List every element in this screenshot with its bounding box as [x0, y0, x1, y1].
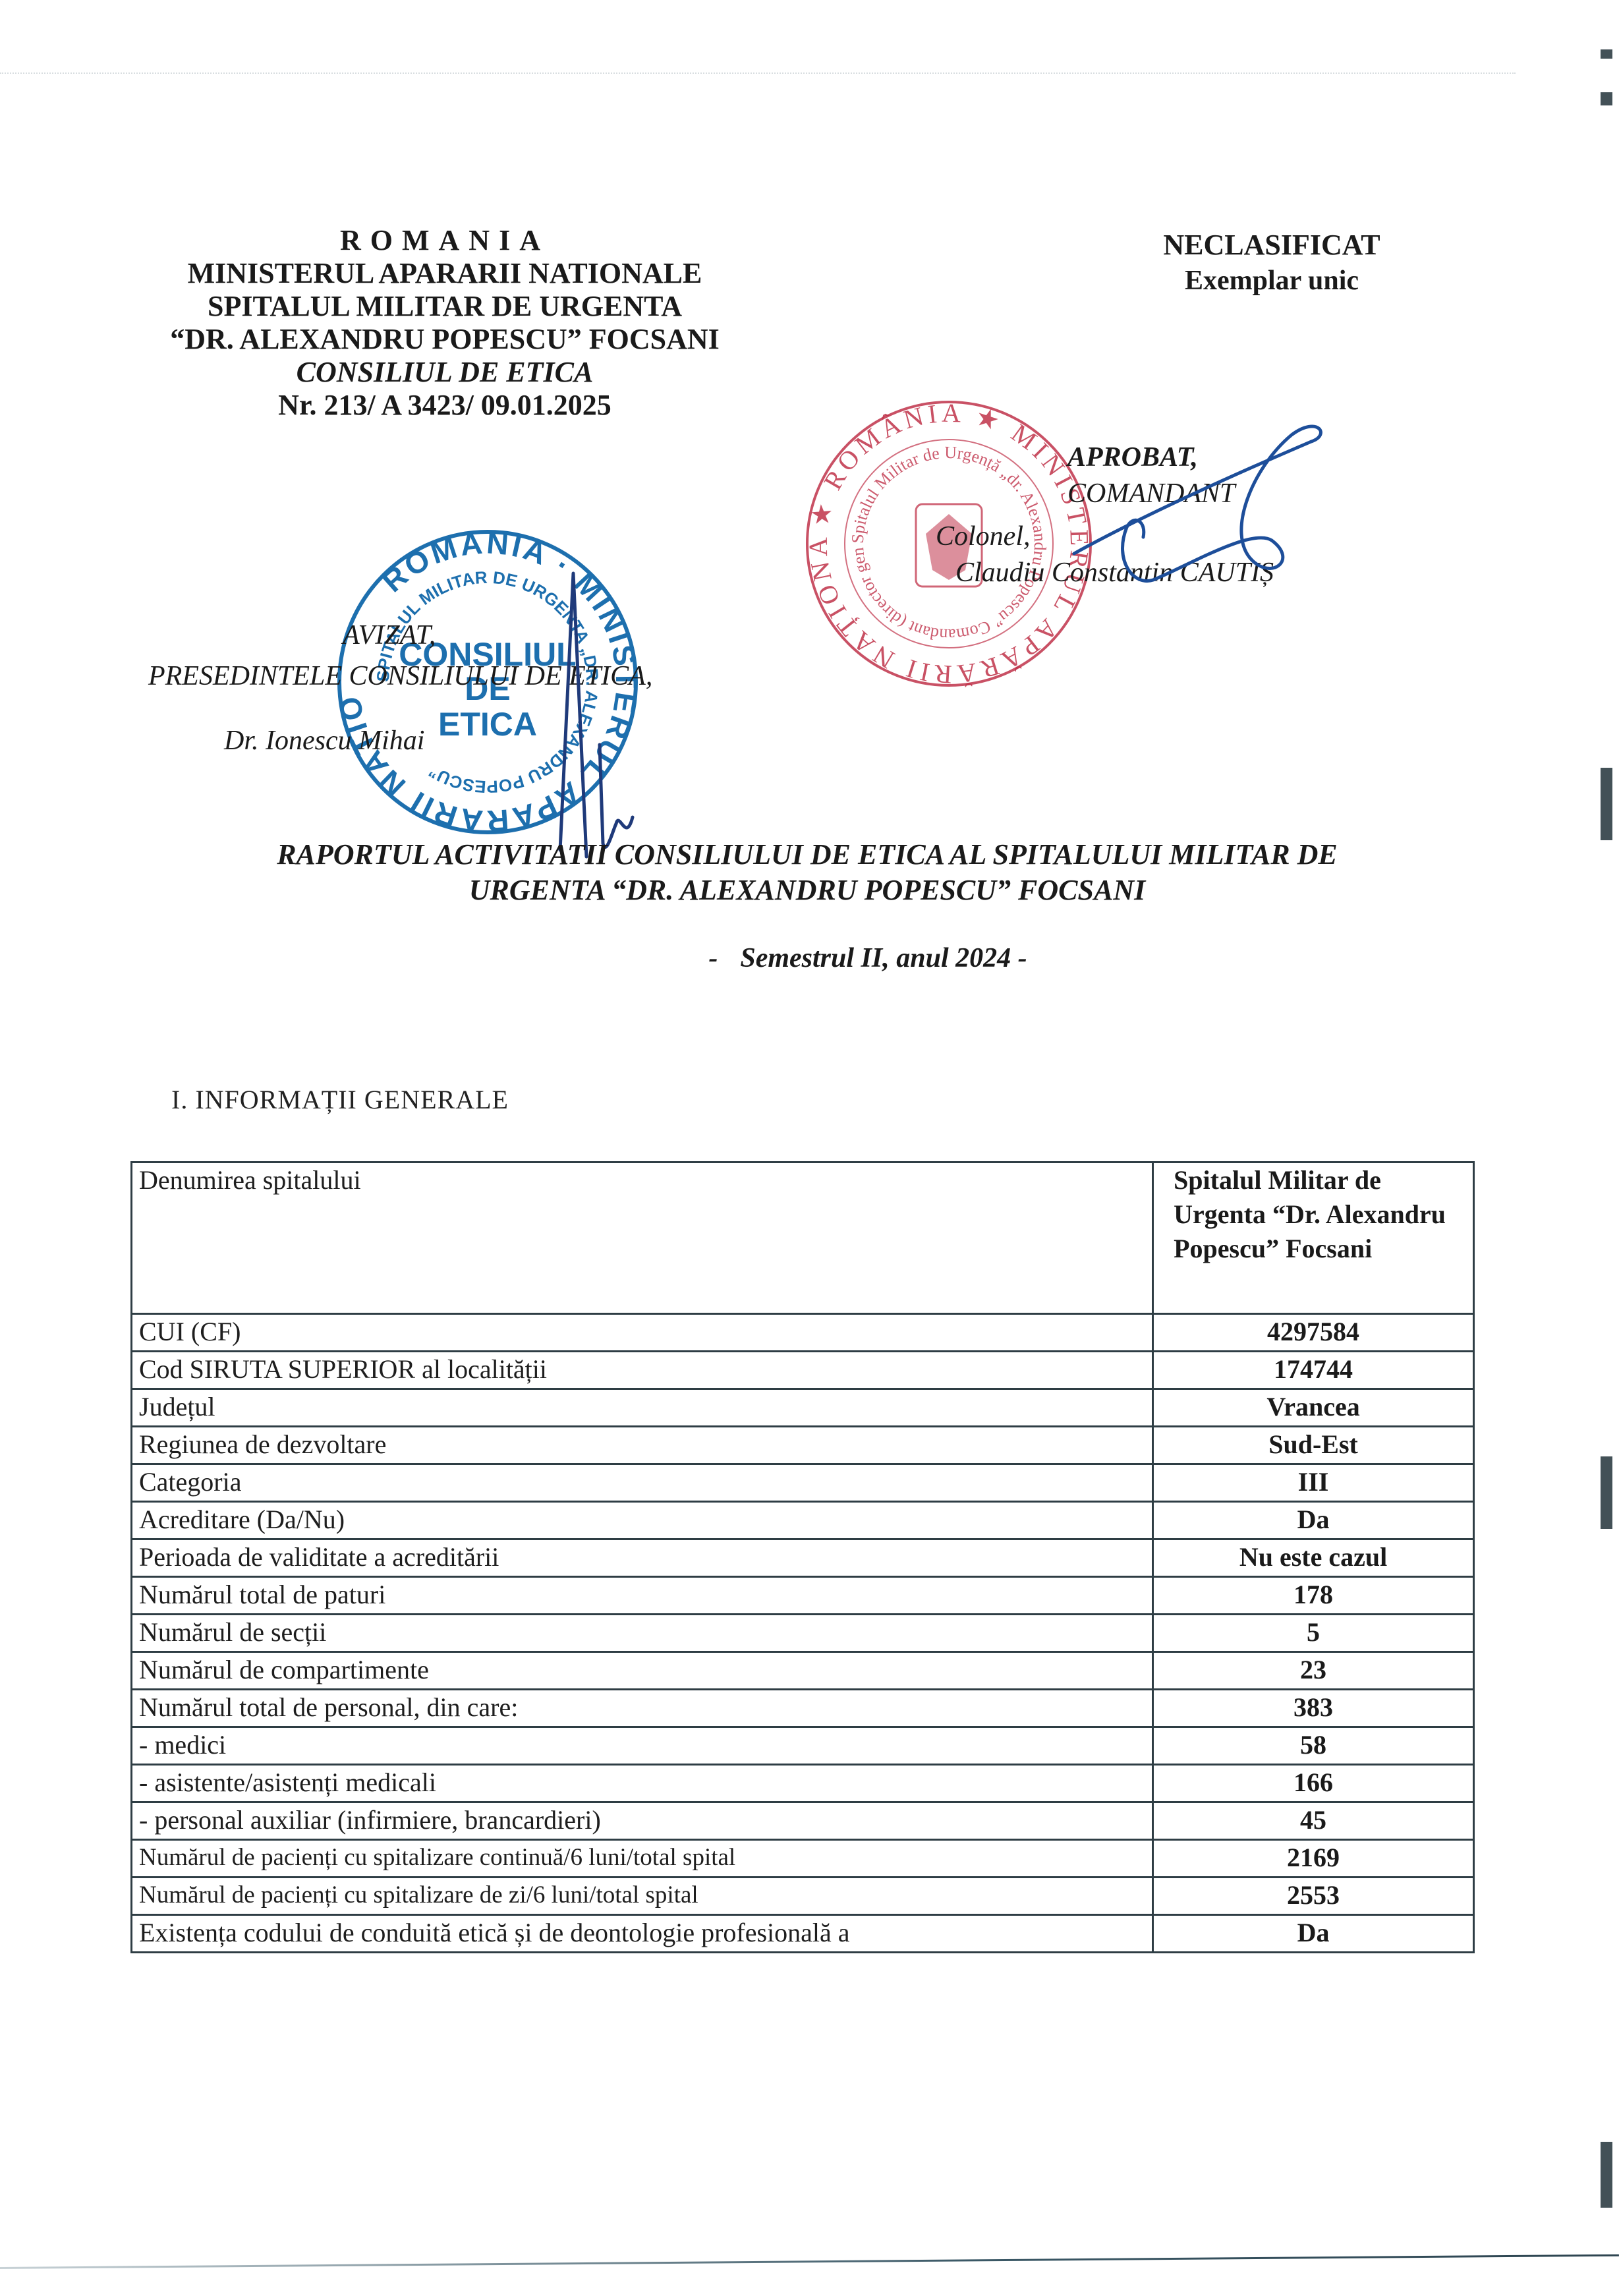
table-row: - personal auxiliar (infirmiere, brancar… [132, 1802, 1474, 1840]
row-label: Categoria [132, 1464, 1153, 1502]
table-row: Numărul de compartimente 23 [132, 1652, 1474, 1690]
endorsement-role: PRESEDINTELE CONSILIULUI DE ETICA, [148, 660, 652, 692]
row-value: III [1153, 1464, 1474, 1502]
row-value: 174744 [1153, 1352, 1474, 1389]
row-label: - medici [132, 1727, 1153, 1765]
classification-block: NECLASIFICAT Exemplar unic [1140, 227, 1404, 299]
row-label: Cod SIRUTA SUPERIOR al localității [132, 1352, 1153, 1389]
row-label: Numărul total de paturi [132, 1577, 1153, 1615]
table-row: Acreditare (Da/Nu) Da [132, 1502, 1474, 1539]
report-title: RAPORTUL ACTIVITATII CONSILIULUI DE ETIC… [198, 837, 1417, 908]
classification-level: NECLASIFICAT [1140, 227, 1404, 263]
row-label: - personal auxiliar (infirmiere, brancar… [132, 1802, 1153, 1840]
row-value: 166 [1153, 1765, 1474, 1802]
row-label: Acreditare (Da/Nu) [132, 1502, 1153, 1539]
table-row: CUI (CF) 4297584 [132, 1314, 1474, 1352]
header-institution-line1: SPITALUL MILITAR DE URGENTA [132, 290, 758, 323]
row-value: 2553 [1153, 1878, 1474, 1915]
table-row: - asistente/asistenți medicali 166 [132, 1765, 1474, 1802]
general-info-table: Denumirea spitalului Spitalul Militar de… [130, 1161, 1475, 1953]
table-row: Numărul total de paturi 178 [132, 1577, 1474, 1615]
scan-mark [1601, 2142, 1612, 2208]
endorsement-name: Dr. Ionescu Mihai [224, 725, 424, 757]
approval-rank: Colonel, [936, 521, 1031, 552]
row-label: Regiunea de dezvoltare [132, 1427, 1153, 1464]
report-period: -Semestrul II, anul 2024 - [593, 942, 1120, 974]
table-row: Numărul total de personal, din care: 383 [132, 1690, 1474, 1727]
row-value: 5 [1153, 1615, 1474, 1652]
row-label: Existența codului de conduită etică și d… [132, 1915, 1153, 1953]
table-row: Regiunea de dezvoltare Sud-Est [132, 1427, 1474, 1464]
table-row: Perioada de validitate a acreditării Nu … [132, 1539, 1474, 1577]
header-institution-line2: “DR. ALEXANDRU POPESCU” FOCSANI [132, 323, 758, 356]
row-label: Numărul de pacienți cu spitalizare de zi… [132, 1878, 1153, 1915]
row-value: 45 [1153, 1802, 1474, 1840]
row-value: 2169 [1153, 1840, 1474, 1878]
registration-number: Nr. 213/ A 3423/ 09.01.2025 [132, 389, 758, 422]
scan-artifact-top [0, 72, 1516, 75]
row-value: 4297584 [1153, 1314, 1474, 1352]
scan-mark [1601, 1456, 1612, 1529]
row-label: Numărul total de personal, din care: [132, 1690, 1153, 1727]
document-header: ROMANIA MINISTERUL APARARII NATIONALE SP… [132, 224, 758, 422]
table-row: Numărul de pacienți cu spitalizare conti… [132, 1840, 1474, 1878]
period-dash: - [708, 943, 718, 973]
row-value: Spitalul Militar de Urgenta “Dr. Alexand… [1153, 1162, 1474, 1314]
scan-artifact-bottom [0, 2254, 1619, 2269]
row-label: Numărul de secții [132, 1615, 1153, 1652]
row-value: Sud-Est [1153, 1427, 1474, 1464]
row-label: Numărul de pacienți cu spitalizare conti… [132, 1840, 1153, 1878]
row-label: Județul [132, 1389, 1153, 1427]
report-title-line1: RAPORTUL ACTIVITATII CONSILIULUI DE ETIC… [198, 837, 1417, 873]
approval-role: COMANDANT [1067, 478, 1235, 509]
row-label: CUI (CF) [132, 1314, 1153, 1352]
scan-mark [1601, 92, 1612, 105]
row-value: 178 [1153, 1577, 1474, 1615]
row-value: Da [1153, 1915, 1474, 1953]
table-row: Numărul de secții 5 [132, 1615, 1474, 1652]
row-label: Numărul de compartimente [132, 1652, 1153, 1690]
report-title-line2: URGENTA “DR. ALEXANDRU POPESCU” FOCSANI [198, 873, 1417, 908]
header-country: ROMANIA [132, 224, 758, 257]
table-row: Cod SIRUTA SUPERIOR al localității 17474… [132, 1352, 1474, 1389]
svg-text:ETICA: ETICA [438, 706, 537, 743]
endorsement-label: AVIZAT, [343, 619, 436, 651]
approval-label: APROBAT, [1067, 442, 1198, 473]
row-value: 23 [1153, 1652, 1474, 1690]
header-department: CONSILIUL DE ETICA [132, 356, 758, 389]
table-row: Existența codului de conduită etică și d… [132, 1915, 1474, 1953]
row-value: Nu este cazul [1153, 1539, 1474, 1577]
section-heading: I. INFORMAȚII GENERALE [171, 1084, 509, 1115]
row-value: Da [1153, 1502, 1474, 1539]
period-text: Semestrul II, anul 2024 - [740, 943, 1027, 973]
scan-mark [1601, 49, 1612, 59]
table-row: Numărul de pacienți cu spitalizare de zi… [132, 1878, 1474, 1915]
approval-name: Claudiu Constantin CAUTIȘ [955, 557, 1274, 588]
classification-copy: Exemplar unic [1140, 263, 1404, 299]
row-value: Vrancea [1153, 1389, 1474, 1427]
scan-mark [1601, 768, 1612, 840]
table-row: Județul Vrancea [132, 1389, 1474, 1427]
table-row: Categoria III [132, 1464, 1474, 1502]
header-ministry: MINISTERUL APARARII NATIONALE [132, 257, 758, 290]
table-row: - medici 58 [132, 1727, 1474, 1765]
row-value: 58 [1153, 1727, 1474, 1765]
row-value: 383 [1153, 1690, 1474, 1727]
row-label: - asistente/asistenți medicali [132, 1765, 1153, 1802]
row-label: Denumirea spitalului [132, 1162, 1153, 1314]
row-label: Perioada de validitate a acreditării [132, 1539, 1153, 1577]
table-row: Denumirea spitalului Spitalul Militar de… [132, 1162, 1474, 1314]
